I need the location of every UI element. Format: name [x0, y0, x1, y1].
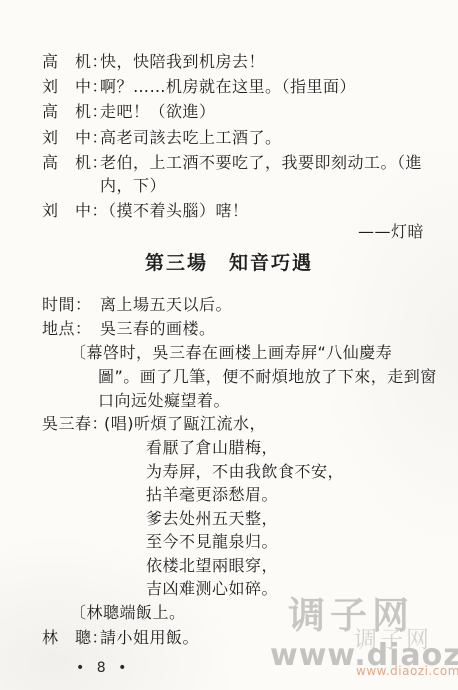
scene-title: 第三場 知音巧遇: [0, 252, 458, 275]
dialogue-text: 啊？……机房就在这里。（指里面）: [100, 75, 446, 98]
speaker-name: 刘 中：: [42, 126, 108, 149]
dialogue-text: 快，快陪我到机房去！: [100, 50, 446, 73]
page-number: • 8 •: [76, 657, 130, 680]
dialogue-text: 老伯，上工酒不要吃了，我要即刻动工。（進 内，下）: [100, 151, 446, 197]
dialogue-text-line2: 内，下）: [100, 174, 446, 197]
aria-line: 为寿屛，不由我飲食不安，: [146, 460, 344, 484]
aria-line: 至今不見龍泉归。: [146, 530, 344, 554]
speaker-name: 刘 中：: [42, 199, 108, 222]
watermark-site-name: 调子网: [288, 604, 414, 627]
aria-line: 依楼北望兩眼穿，: [146, 554, 344, 578]
dialogue-text-line1: 老伯，上工酒不要吃了，我要即刻动工。（進: [100, 151, 446, 174]
light-cue: ——灯暗: [358, 220, 424, 243]
speaker-name: 高 机：: [42, 50, 108, 73]
dialogue-text: 高老司該去吃上工酒了。: [100, 126, 446, 149]
time-label: 时間：: [42, 293, 92, 316]
stage-direction-line: 口向远处癡望着。: [98, 389, 450, 412]
time-value: 离上場五天以后。: [100, 293, 232, 316]
aria-line: 拈羊毫更添愁眉。: [146, 483, 344, 507]
aria-verse: 看厭了倉山腊梅， 为寿屛，不由我飲食不安， 拈羊毫更添愁眉。 爹去处州五天整， …: [146, 436, 344, 601]
script-page: 高 机： 快，快陪我到机房去！ 刘 中： 啊？……机房就在这里。（指里面） 高 …: [0, 0, 458, 690]
stage-direction-line: 圖”。画了几筆，便不耐煩地放了下來，走到窗: [98, 365, 450, 388]
speaker-name: 高 机：: [42, 151, 108, 174]
dialogue-text: （摸不着头腦）嗐！: [100, 199, 446, 222]
speaker-name: 高 机：: [42, 100, 108, 123]
speaker-name: 吳三春：: [42, 412, 108, 435]
aria-line: 爹去处州五天整，: [146, 507, 344, 531]
aria-line: 看厭了倉山腊梅，: [146, 436, 344, 460]
aria-first-line: (唱)听煩了甌江流水，: [104, 412, 446, 435]
speaker-name: 林 聰：: [42, 626, 108, 649]
stage-direction-line: 〔幕啓时，吳三春在画楼上画寿屛“八仙慶寿: [70, 341, 450, 364]
speaker-name: 刘 中：: [42, 75, 108, 98]
dialogue-text: 走吧！（欲進）: [100, 100, 446, 123]
watermark-site-url-small: www.diaozi.com: [356, 660, 458, 683]
place-label: 地点：: [42, 317, 92, 340]
place-value: 吳三春的画楼。: [100, 317, 216, 340]
